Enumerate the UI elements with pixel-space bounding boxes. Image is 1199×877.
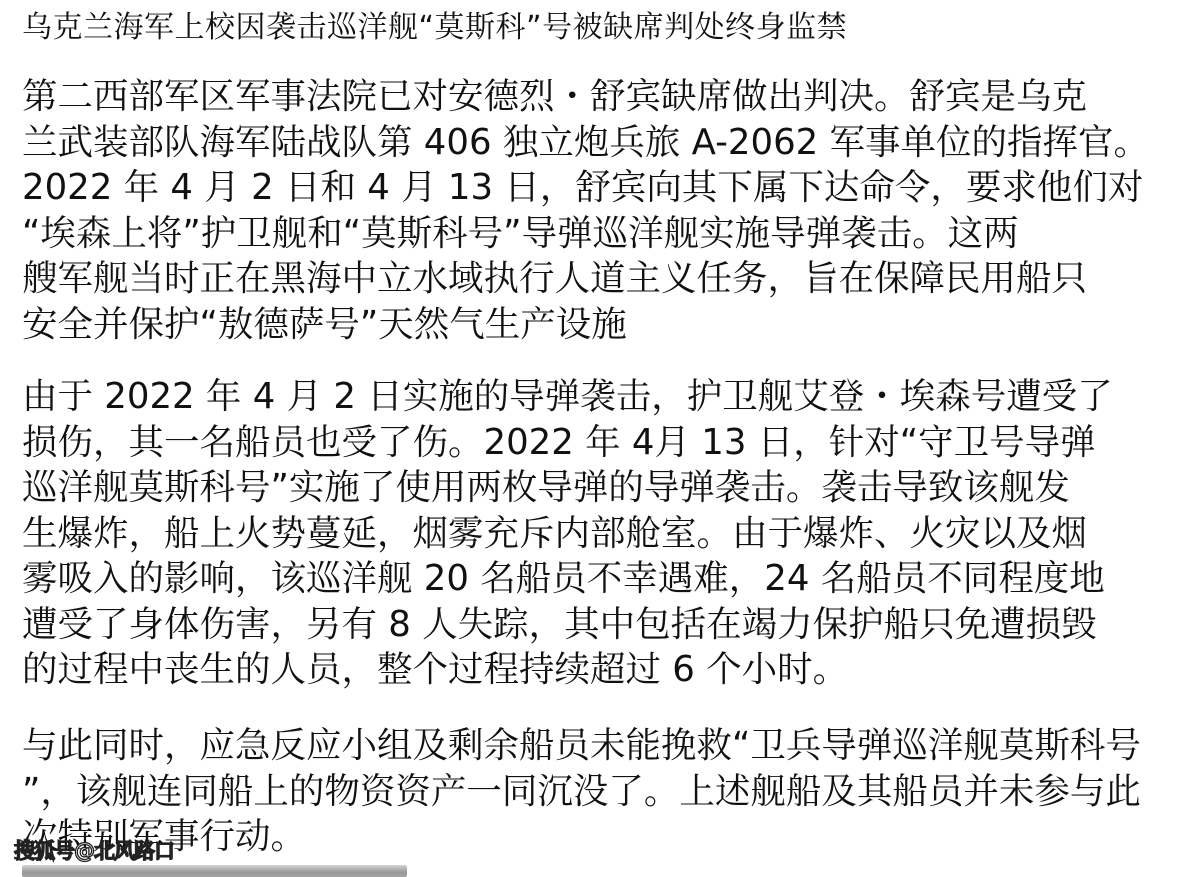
paragraph-line: 的过程中丧生的人员，整个过程持续超过 6 个小时。 xyxy=(22,647,1182,693)
paragraph-line: ”，该舰连同船上的物资资产一同沉没了。上述舰船及其船员并未参与此 xyxy=(22,769,1182,815)
paragraph-line: 与此同时，应急反应小组及剩余船员未能挽救“卫兵导弹巡洋舰莫斯科号 xyxy=(22,723,1182,769)
paragraph-line: “埃森上将”护卫舰和“莫斯科号”导弹巡洋舰实施导弹袭击。这两 xyxy=(22,211,1182,257)
paragraph-line: 次特别军事行动。 xyxy=(22,814,1182,860)
paragraph-line: 艘军舰当时正在黑海中立水域执行人道主义任务，旨在保障民用船只 xyxy=(22,256,1182,302)
paragraph-attack-details: 由于 2022 年 4 月 2 日实施的导弹袭击，护卫舰艾登・埃森号遭受了 损伤… xyxy=(22,374,1182,693)
paragraph-line: 兰武装部队海军陆战队第 406 独立炮兵旅 A-2062 军事单位的指挥官。 xyxy=(22,120,1182,166)
paragraph-line: 由于 2022 年 4 月 2 日实施的导弹袭击，护卫舰艾登・埃森号遭受了 xyxy=(22,374,1182,420)
paragraph-verdict: 第二西部军区军事法院已对安德烈・舒宾缺席做出判决。舒宾是乌克 兰武装部队海军陆战… xyxy=(22,74,1182,347)
paragraph-line: 遭受了身体伤害，另有 8 人失踪，其中包括在竭力保护船只免遭损毁 xyxy=(22,602,1182,648)
bottom-gradient-bar xyxy=(22,865,407,877)
paragraph-sinking: 与此同时，应急反应小组及剩余船员未能挽救“卫兵导弹巡洋舰莫斯科号 ”，该舰连同船… xyxy=(22,723,1182,860)
article-headline: 乌克兰海军上校因袭击巡洋舰“莫斯科”号被缺席判处终身监禁 xyxy=(22,8,847,48)
source-watermark: 搜狐号@北风路口 xyxy=(14,838,174,864)
paragraph-line: 第二西部军区军事法院已对安德烈・舒宾缺席做出判决。舒宾是乌克 xyxy=(22,74,1182,120)
paragraph-line: 雾吸入的影响，该巡洋舰 20 名船员不幸遇难，24 名船员不同程度地 xyxy=(22,556,1182,602)
paragraph-line: 巡洋舰莫斯科号”实施了使用两枚导弹的导弹袭击。袭击导致该舰发 xyxy=(22,465,1182,511)
paragraph-line: 损伤，其一名船员也受了伤。2022 年 4月 13 日，针对“守卫号导弹 xyxy=(22,420,1182,466)
paragraph-line: 2022 年 4 月 2 日和 4 月 13 日，舒宾向其下属下达命令，要求他们… xyxy=(22,165,1182,211)
paragraph-line: 生爆炸，船上火势蔓延，烟雾充斥内部舱室。由于爆炸、火灾以及烟 xyxy=(22,511,1182,557)
paragraph-line: 安全并保护“敖德萨号”天然气生产设施 xyxy=(22,302,1182,348)
